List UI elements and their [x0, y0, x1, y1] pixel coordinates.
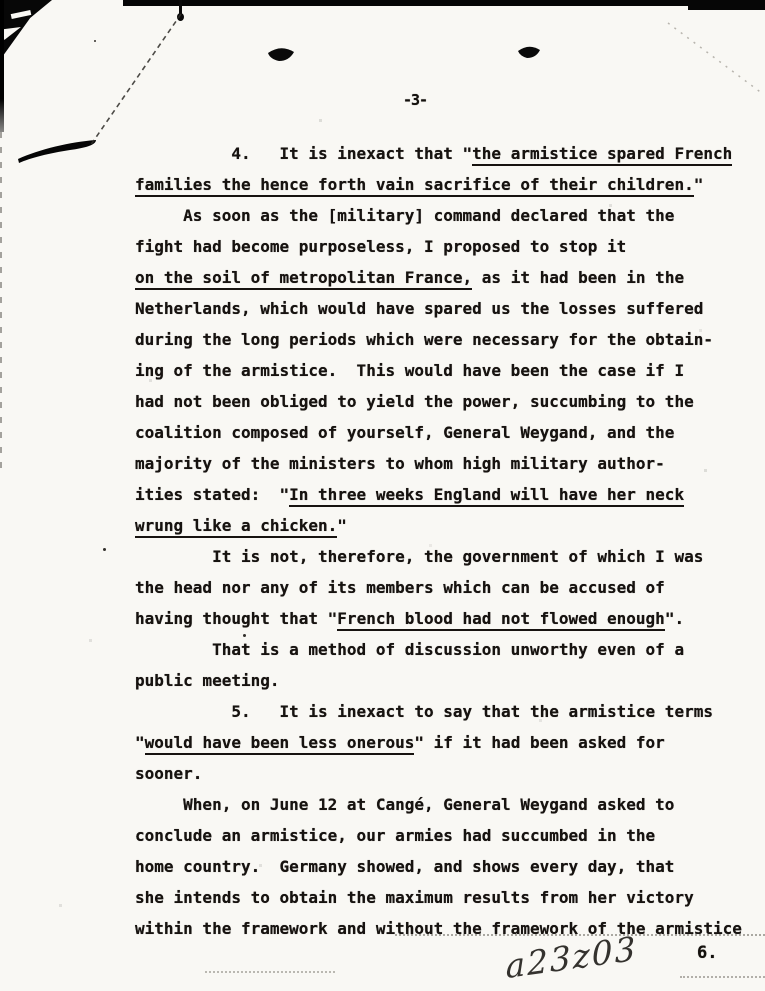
bottom-page-number: 6.	[697, 944, 717, 962]
text-segment: "	[135, 733, 145, 752]
scan-artifact-top-band	[123, 0, 690, 6]
scan-artifact-scratch-line	[85, 10, 185, 152]
scan-artifact-left-edge	[0, 0, 4, 132]
text-line: When, on June 12 at Cangé, General Weyga…	[135, 789, 742, 820]
underlined-text: the armistice spared French	[472, 144, 732, 166]
text-segment: she intends to obtain the maximum result…	[135, 888, 694, 907]
text-line: coalition composed of yourself, General …	[135, 417, 742, 448]
text-line: As soon as the [military] command declar…	[135, 200, 742, 231]
text-line: 5. It is inexact to say that the armisti…	[135, 696, 742, 727]
text-line: public meeting.	[135, 665, 742, 696]
scan-artifact-diagonal-faint	[665, 18, 765, 98]
text-segment: "	[694, 175, 704, 194]
text-line: Netherlands, which would have spared us …	[135, 293, 742, 324]
scan-artifact-speckles	[0, 0, 1, 1]
text-line: conclude an armistice, our armies had su…	[135, 820, 742, 851]
text-segment: When, on June 12 at Cangé, General Weyga…	[135, 795, 674, 814]
text-line: had not been obliged to yield the power,…	[135, 386, 742, 417]
text-line: wrung like a chicken."	[135, 510, 742, 541]
scan-artifact-dotted-row-2	[680, 976, 765, 978]
text-segment: That is a method of discussion unworthy …	[135, 640, 684, 659]
text-line: ities stated: "In three weeks England wi…	[135, 479, 742, 510]
text-line: "would have been less onerous" if it had…	[135, 727, 742, 758]
text-segment: during the long periods which were neces…	[135, 330, 713, 349]
scan-artifact-crescent-left	[267, 45, 295, 63]
underlined-text: wrung like a chicken.	[135, 516, 337, 538]
scanned-document-page: -3- 4. It is inexact that "the armistice…	[0, 0, 765, 991]
text-segment: It is not, therefore, the government of …	[135, 547, 703, 566]
text-line: 4. It is inexact that "the armistice spa…	[135, 138, 742, 169]
text-line: families the hence forth vain sacrifice …	[135, 169, 742, 200]
text-segment: 5. It is inexact to say that the armisti…	[135, 702, 713, 721]
scan-artifact-dotted-row-3	[205, 971, 335, 973]
scan-artifact-speck	[103, 548, 106, 551]
underlined-text: families the hence forth vain sacrifice …	[135, 175, 694, 197]
scan-artifact-crescent-right	[517, 44, 541, 60]
page-number: -3-	[403, 92, 427, 108]
text-segment: ities stated: "	[135, 485, 289, 504]
text-line: during the long periods which were neces…	[135, 324, 742, 355]
text-segment: home country. Germany showed, and shows …	[135, 857, 674, 876]
underlined-text: In three weeks England will have her nec…	[289, 485, 684, 507]
document-body: 4. It is inexact that "the armistice spa…	[135, 138, 742, 944]
text-line: majority of the ministers to whom high m…	[135, 448, 742, 479]
text-segment: 4. It is inexact that "	[135, 144, 472, 163]
text-line: home country. Germany showed, and shows …	[135, 851, 742, 882]
text-line: ing of the armistice. This would have be…	[135, 355, 742, 386]
text-line: having thought that "French blood had no…	[135, 603, 742, 634]
underlined-text: would have been less onerous	[145, 733, 415, 755]
text-segment: " if it had been asked for	[414, 733, 664, 752]
text-line: It is not, therefore, the government of …	[135, 541, 742, 572]
text-segment: fight had become purposeless, I proposed…	[135, 237, 626, 256]
underlined-text: French blood had not flowed enough	[337, 609, 665, 631]
text-segment: coalition composed of yourself, General …	[135, 423, 674, 442]
text-line: sooner.	[135, 758, 742, 789]
scan-artifact-speck	[94, 40, 96, 42]
text-segment: conclude an armistice, our armies had su…	[135, 826, 655, 845]
text-segment: majority of the ministers to whom high m…	[135, 454, 665, 473]
text-segment: as it had been in the	[472, 268, 684, 287]
underlined-text: on the soil of metropolitan France,	[135, 268, 472, 290]
text-segment: ".	[665, 609, 684, 628]
text-segment: sooner.	[135, 764, 202, 783]
text-line: she intends to obtain the maximum result…	[135, 882, 742, 913]
text-line: That is a method of discussion unworthy …	[135, 634, 742, 665]
text-segment: "	[337, 516, 347, 535]
text-line: within the framework and without the fra…	[135, 913, 742, 944]
text-segment: public meeting.	[135, 671, 280, 690]
text-segment: As soon as the [military] command declar…	[135, 206, 674, 225]
scan-artifact-left-edge-faint	[0, 132, 2, 477]
text-segment: ing of the armistice. This would have be…	[135, 361, 684, 380]
scan-artifact-top-band-thick	[688, 0, 765, 10]
text-segment: having thought that "	[135, 609, 337, 628]
text-segment: had not been obliged to yield the power,…	[135, 392, 694, 411]
text-segment: the head nor any of its members which ca…	[135, 578, 665, 597]
text-segment: Netherlands, which would have spared us …	[135, 299, 703, 318]
text-segment: within the framework and without the fra…	[135, 919, 742, 938]
text-line: on the soil of metropolitan France, as i…	[135, 262, 742, 293]
text-line: fight had become purposeless, I proposed…	[135, 231, 742, 262]
text-line: the head nor any of its members which ca…	[135, 572, 742, 603]
